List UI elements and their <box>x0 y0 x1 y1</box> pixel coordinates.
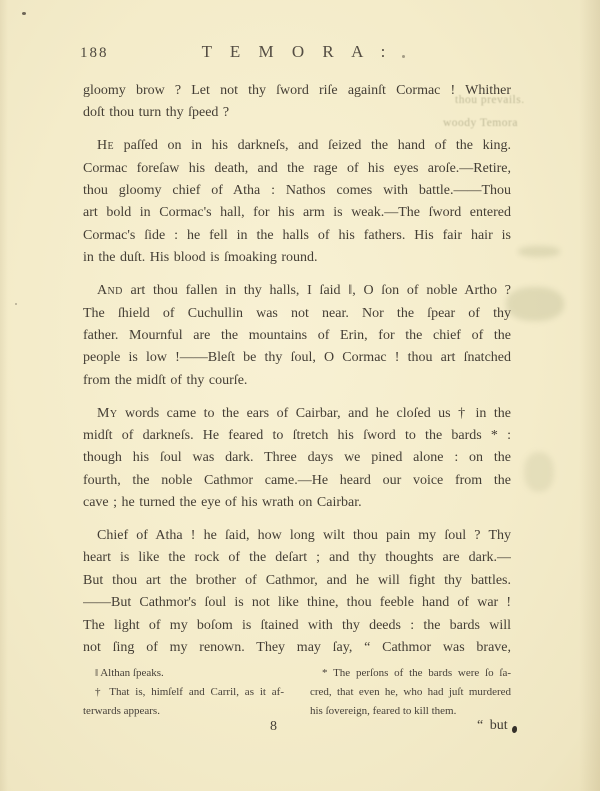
paragraph: Chief of Atha ! he ſaid, how long wilt t… <box>83 525 511 659</box>
paper-speck <box>402 55 405 58</box>
footnote-line: cred, that even he, who had juſt murdere… <box>310 683 511 702</box>
text-line: But thou art the brother of Cathmor, and… <box>83 570 511 592</box>
paragraph: gloomy brow ? Let not thy ſword riſe aga… <box>83 80 511 125</box>
text-line: My words came to the ears of Cairbar, an… <box>83 403 511 425</box>
text-line: heart is like the rock of the deſart ; a… <box>83 547 511 569</box>
bleed-through-smudge <box>518 246 560 257</box>
text-line: Cormac foreſaw his death, and the rage o… <box>83 158 511 180</box>
bleed-through-smudge <box>506 287 564 321</box>
text-line: cave ; he turned the eye of his wrath on… <box>83 492 511 514</box>
text-line: not ſing of my renown. They may ſay, “ C… <box>83 637 511 659</box>
text-line: Chief of Atha ! he ſaid, how long wilt t… <box>83 525 511 547</box>
text-line: The ſhield of Cuchullin was not near. No… <box>83 303 511 325</box>
small-caps-word: My <box>97 406 117 421</box>
small-caps-word: He <box>97 138 114 153</box>
running-title: T E M O R A : <box>83 42 511 62</box>
text-line: people is low !——Bleſt be thy ſoul, O Co… <box>83 347 511 369</box>
text-line: though his ſoul was dark. Three days we … <box>83 447 511 469</box>
paper-speck <box>15 303 17 305</box>
text-line: The light of my boſom is ſtained with th… <box>83 615 511 637</box>
text-line: fourth, the noble Cathmor came.—He heard… <box>83 470 511 492</box>
text-line: in the duſt. His blood is ſmoaking round… <box>83 247 511 269</box>
paragraph: My words came to the ears of Cairbar, an… <box>83 403 511 515</box>
footnote-column-right: * The perſons of the bards were ſo ſa-cr… <box>310 664 511 722</box>
ink-blot <box>512 726 517 733</box>
bleed-through-smudge <box>524 452 554 492</box>
text-line: And art thou fallen in thy halls, I ſaid… <box>83 280 511 302</box>
text-line: father. Mournful are the mountains of Er… <box>83 325 511 347</box>
text-line: ——But Cathmor's ſoul is not like thine, … <box>83 592 511 614</box>
text-line: thou gloomy chief of Atha : Nathos comes… <box>83 180 511 202</box>
paragraph: He paſſed on in his darkneſs, and ſeized… <box>83 135 511 269</box>
footnote-line: * The perſons of the bards were ſo ſa- <box>310 664 511 683</box>
text-line: gloomy brow ? Let not thy ſword riſe aga… <box>83 80 511 102</box>
text-line: midſt of darkneſs. He feared to ſtretch … <box>83 425 511 447</box>
page-body-text: gloomy brow ? Let not thy ſword riſe aga… <box>83 80 511 670</box>
footnote-column-left: ‖ Althan ſpeaks.† That is, himſelf and C… <box>83 664 284 722</box>
text-line: Cormac's ſide : he fell in the halls of … <box>83 225 511 247</box>
book-page-scan: 188 T E M O R A : thou prevails. woody T… <box>0 0 600 791</box>
signature-mark: 8 <box>270 719 277 735</box>
footnote-line: † That is, himſelf and Carril, as it af- <box>83 683 284 702</box>
paper-speck <box>22 12 26 15</box>
text-line: from the midſt of thy courſe. <box>83 370 511 392</box>
footnote-line: terwards appears. <box>83 702 284 721</box>
footnote-section: ‖ Althan ſpeaks.† That is, himſelf and C… <box>83 664 511 722</box>
small-caps-word: And <box>97 283 123 298</box>
catchword: “ but <box>477 718 508 734</box>
text-line: doſt thou turn thy ſpeed ? <box>83 102 511 124</box>
text-line: art bold in Cormac's hall, for his arm i… <box>83 202 511 224</box>
paragraph: And art thou fallen in thy halls, I ſaid… <box>83 280 511 392</box>
footnote-line: ‖ Althan ſpeaks. <box>83 664 284 683</box>
text-line: He paſſed on in his darkneſs, and ſeized… <box>83 135 511 157</box>
